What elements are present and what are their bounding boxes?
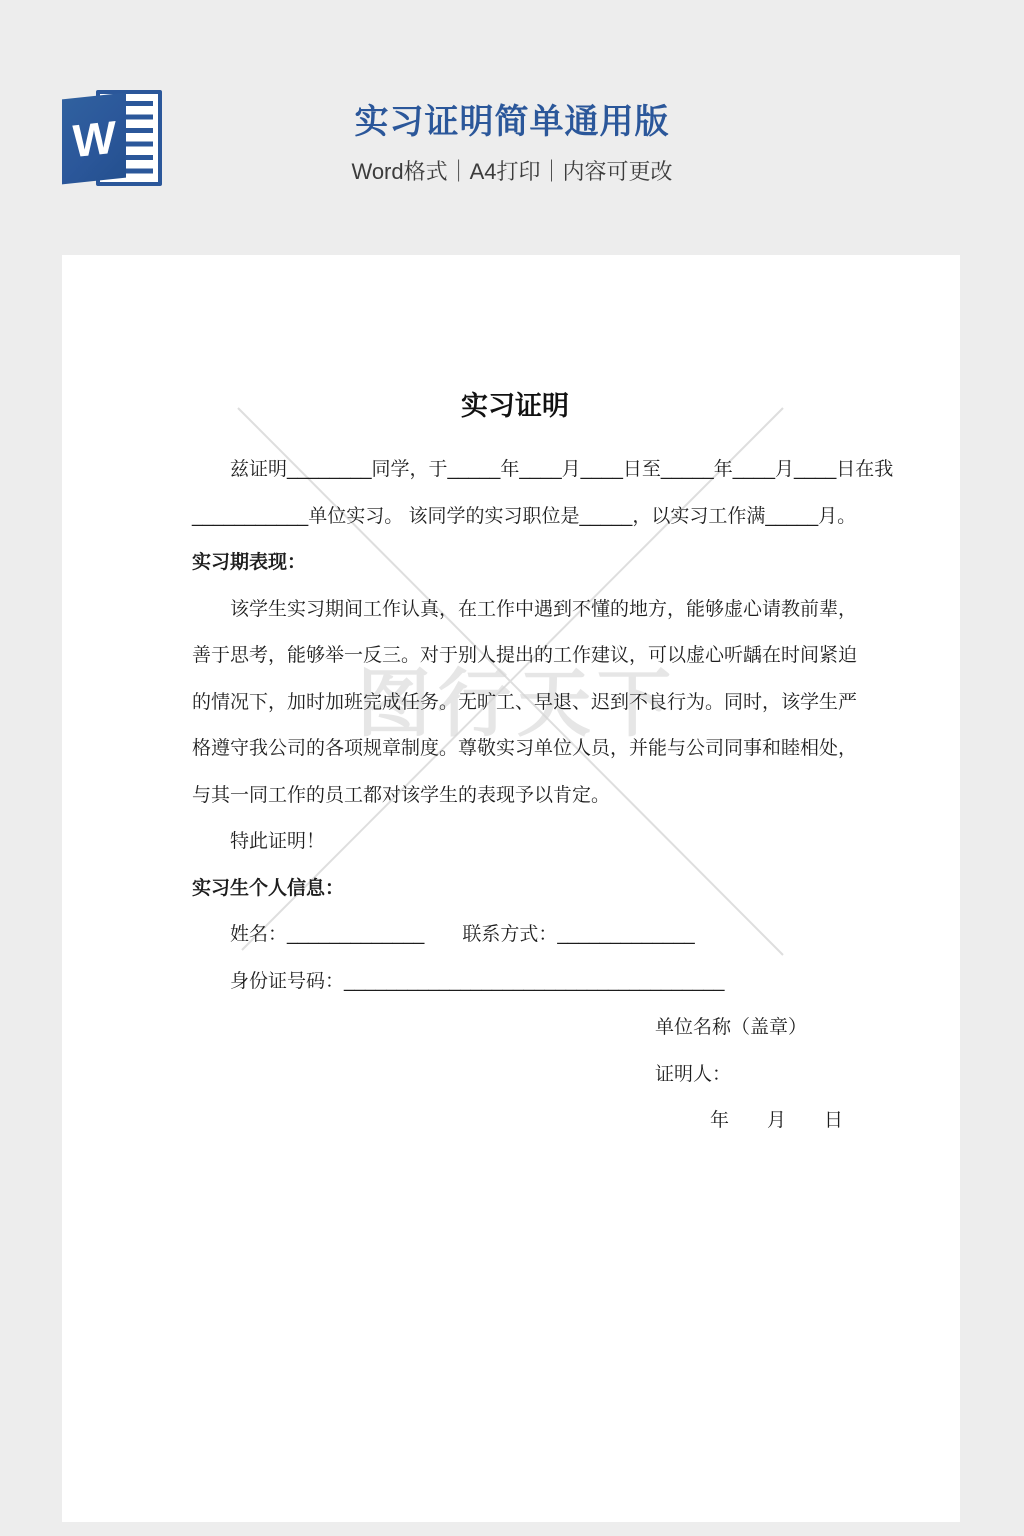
intro-line-1: 兹证明________同学，于_____年____月____日至_____年__… xyxy=(192,447,838,494)
id-number-line: 身份证号码：__________________________________… xyxy=(192,959,838,1006)
performance-heading: 实习期表现： xyxy=(192,540,838,587)
document-content: 实习证明 兹证明________同学，于_____年____月____日至___… xyxy=(62,255,960,1522)
page-title: 实习证明简单通用版 xyxy=(0,94,1024,143)
performance-line-3: 的情况下，加时加班完成任务。无旷工、早退、迟到不良行为。同时，该学生严 xyxy=(192,680,838,727)
performance-line-5: 与其一同工作的员工都对该学生的表现予以肯定。 xyxy=(192,773,838,820)
intro-line-2: ___________单位实习。 该同学的实习职位是_____，以实习工作满__… xyxy=(192,494,838,541)
closing-line: 特此证明！ xyxy=(192,819,838,866)
performance-line-2: 善于思考，能够举一反三。对于别人提出的工作建议，可以虚心听龋在时间紧迫 xyxy=(192,633,838,680)
document-page: 图行天下 实习证明 兹证明________同学，于_____年____月____… xyxy=(62,255,960,1522)
performance-line-1: 该学生实习期间工作认真，在工作中遇到不懂的地方，能够虚心请教前辈， xyxy=(192,587,838,634)
signature-date: 年 月 日 xyxy=(710,1098,838,1145)
performance-line-4: 格遵守我公司的各项规章制度。尊敬实习单位人员，并能与公司同事和睦相处， xyxy=(192,726,838,773)
document-title: 实习证明 xyxy=(192,383,838,429)
signature-company: 单位名称（盖章） xyxy=(655,1005,838,1052)
page-subtitle: Word格式｜A4打印｜内容可更改 xyxy=(0,155,1024,186)
info-heading: 实习生个人信息： xyxy=(192,866,838,913)
name-contact-line: 姓名：_____________ 联系方式：_____________ xyxy=(192,912,838,959)
signature-certifier: 证明人： xyxy=(655,1052,838,1099)
